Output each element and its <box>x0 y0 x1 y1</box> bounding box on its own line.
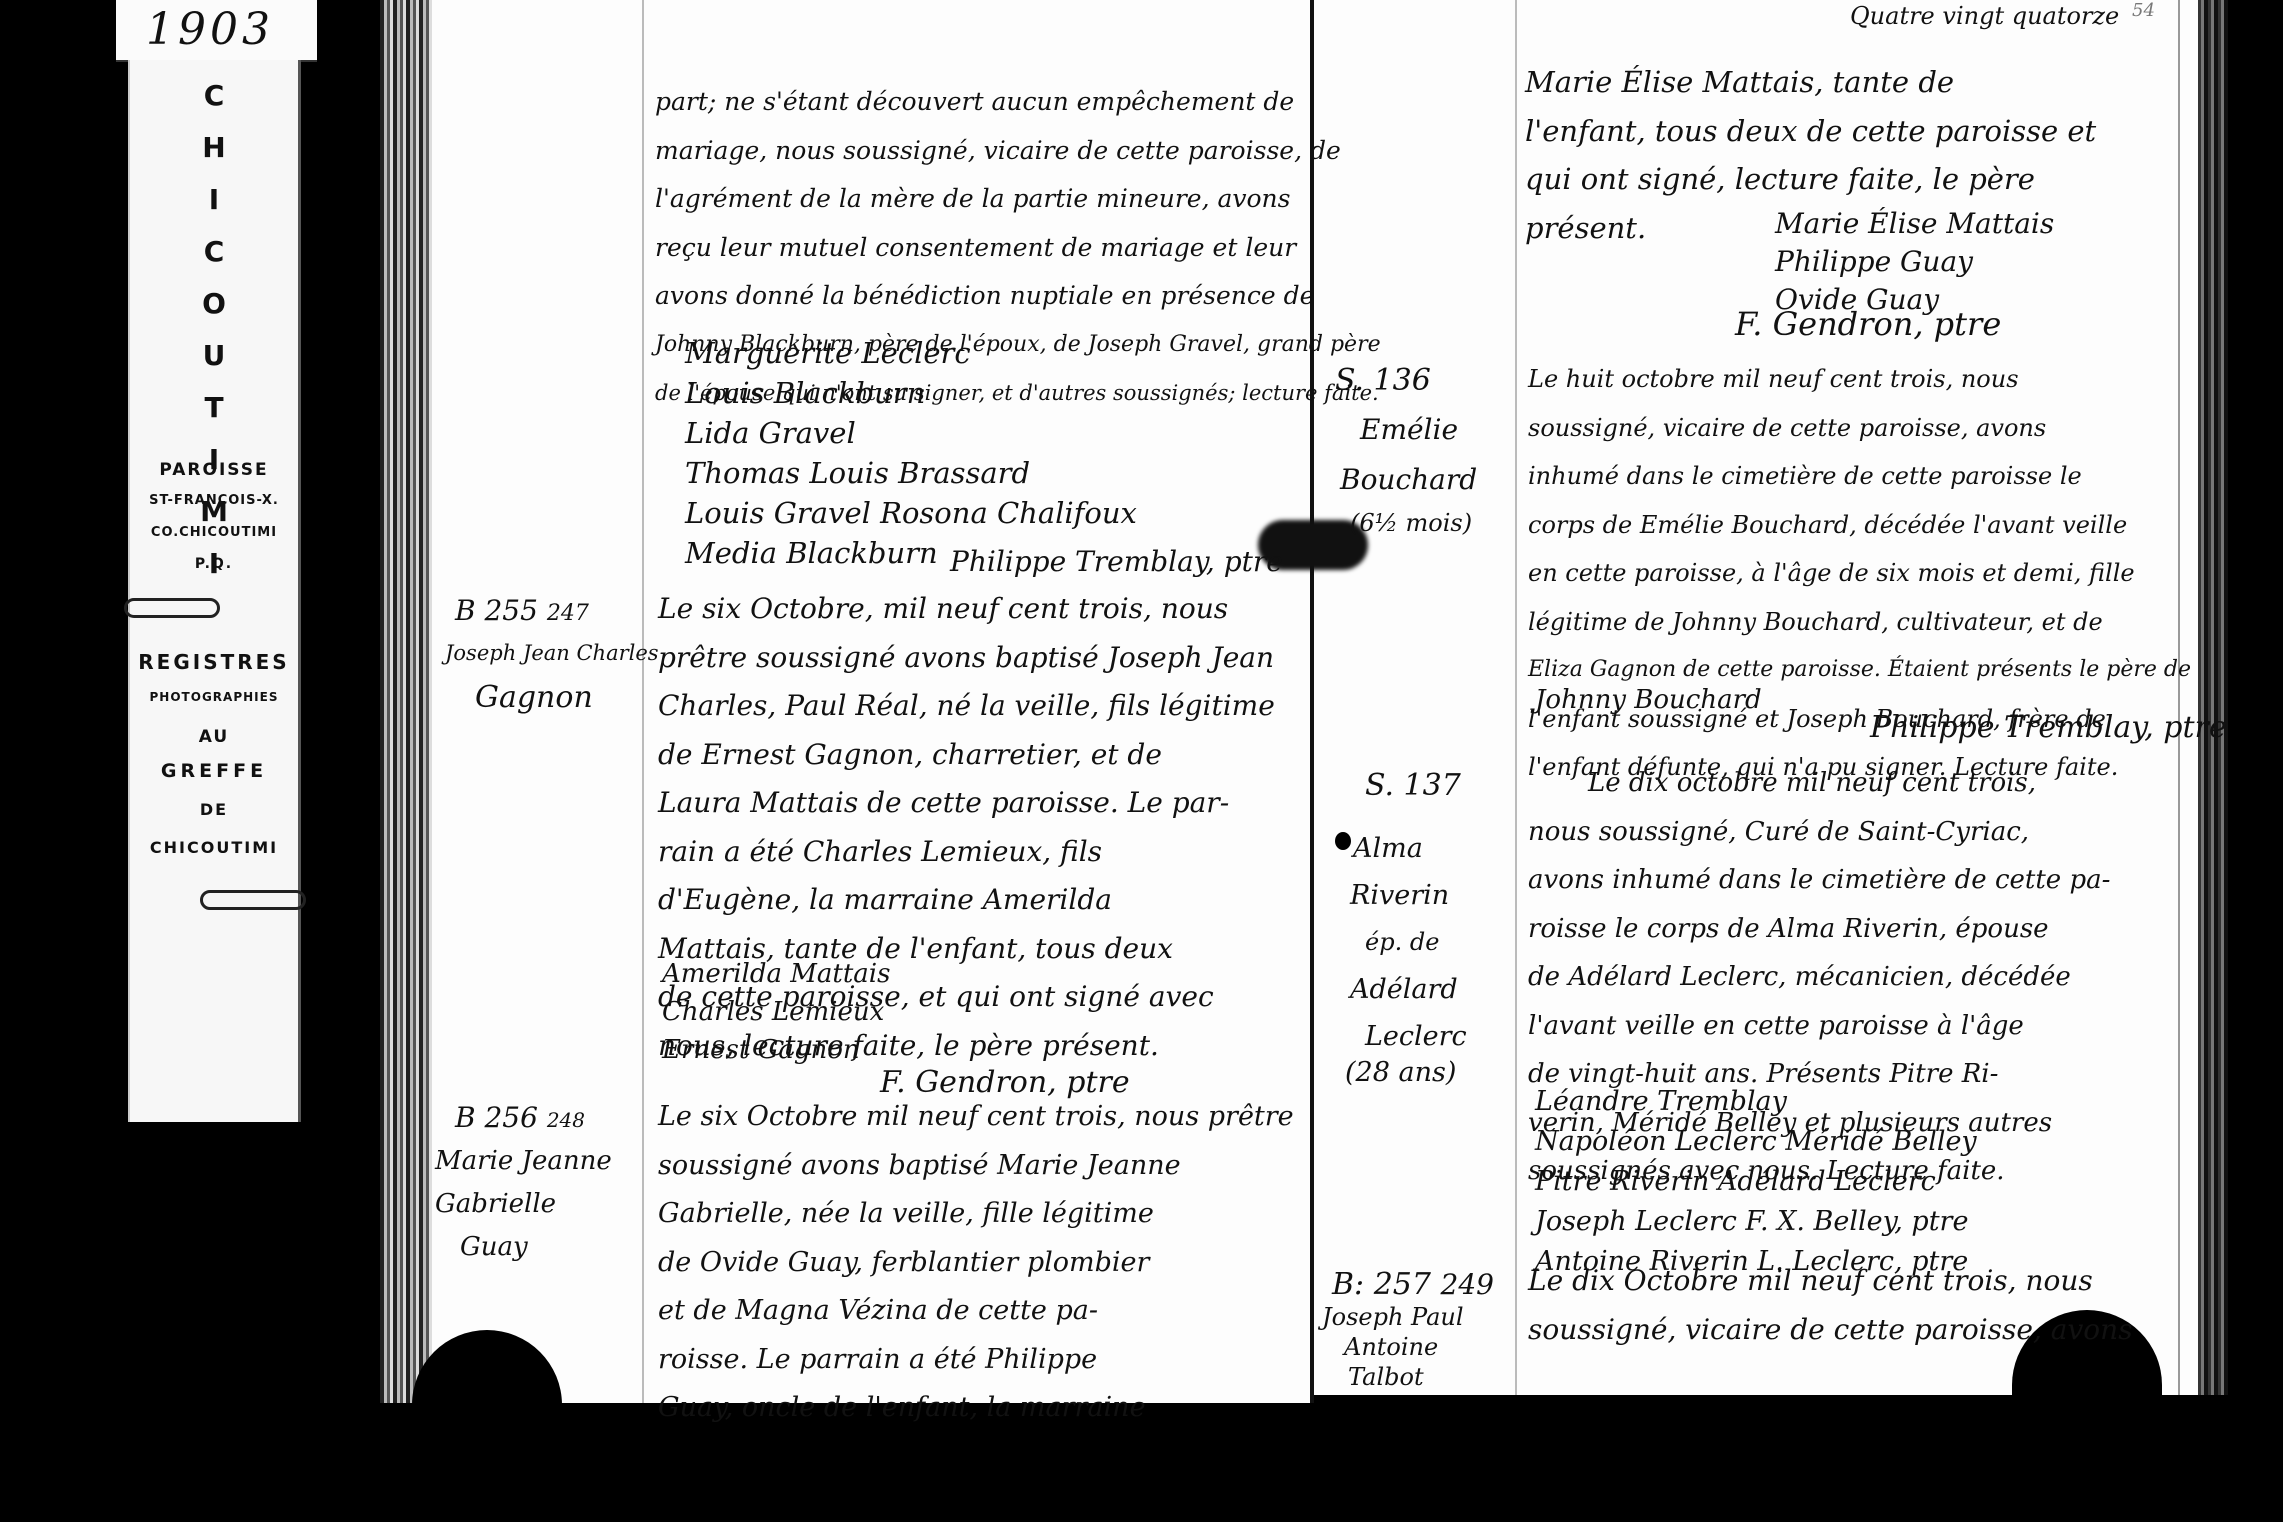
entry-surname: Gagnon <box>475 675 593 721</box>
officiant-signature: Philippe Tremblay, ptre <box>1870 710 2227 745</box>
page-stack-edges <box>380 0 432 1403</box>
thumb-shadow <box>412 1330 562 1450</box>
page-stack-edges-right <box>2198 0 2228 1395</box>
paperclip-icon <box>124 598 220 618</box>
registry-de: DE <box>130 800 298 819</box>
ink-mark <box>1335 832 1351 850</box>
entry-code: S. 137 <box>1365 763 1461 809</box>
officiant-signature: F. Gendron, ptre <box>1735 305 2001 343</box>
margin-rule <box>1515 0 1517 1395</box>
vertical-title: C H I C O U T I M I <box>130 70 298 590</box>
entry-text: Le six Octobre mil neuf cent trois, nous… <box>658 1093 1294 1433</box>
registry-title: REGISTRES <box>130 650 298 674</box>
paperclip-icon <box>200 890 306 910</box>
entry-name: Joseph Paul Antoine Talbot <box>1322 1302 1464 1392</box>
entry-signatures: Léandre Tremblay Napoléon Leclerc Méridé… <box>1535 1082 1977 1282</box>
entry-name: Emélie Bouchard <box>1340 405 1477 505</box>
parish-name: ST-FRANCOIS-X. <box>130 493 298 508</box>
year-tab: 1903 <box>116 0 317 62</box>
officiant-signature: Philippe Tremblay, ptre <box>950 545 1283 578</box>
archive-label-strip: C H I C O U T I M I PAROISSE ST-FRANCOIS… <box>128 60 301 1122</box>
page-header-note: Quatre vingt quatorze <box>1850 2 2119 30</box>
registry-greffe: GREFFE <box>130 760 298 782</box>
margin-rule <box>642 0 644 1403</box>
entry-name: Marie Jeanne Gabrielle Guay <box>435 1140 612 1269</box>
entry-name: Alma Riverin ép. de Adélard Leclerc <box>1350 825 1467 1060</box>
entry-code: B 256 248 <box>455 1095 585 1143</box>
continuation-signatures: Marie Élise Mattais Philippe Guay Ovide … <box>1775 205 2054 319</box>
page-number: 54 <box>2132 0 2155 21</box>
parish-label: PAROISSE <box>130 460 298 480</box>
entry-age: (6½ mois) <box>1350 500 1472 546</box>
entry-text: Le dix Octobre mil neuf cent trois, nous… <box>1528 1258 2133 1355</box>
entry-name: Joseph Jean Charles <box>445 630 659 676</box>
entry-signatures: Johnny Bouchard <box>1535 685 1762 715</box>
registry-au: AU <box>130 727 298 747</box>
county-name: CO.CHICOUTIMI <box>130 525 298 540</box>
registry-subtitle: PHOTOGRAPHIES <box>130 690 298 704</box>
year-label: 1903 <box>146 4 274 55</box>
entry-age: (28 ans) <box>1345 1050 1456 1096</box>
entry-signatures: Amerilda Mattais Charles Lemieux Ernest … <box>662 955 890 1069</box>
registry-city: CHICOUTIMI <box>130 838 298 857</box>
province: P.Q. <box>130 556 298 572</box>
entry-code: S. 136 <box>1335 358 1431 404</box>
continuation-signatures: Marguerite Leclerc Louis Blackburn Lida … <box>685 333 1137 573</box>
